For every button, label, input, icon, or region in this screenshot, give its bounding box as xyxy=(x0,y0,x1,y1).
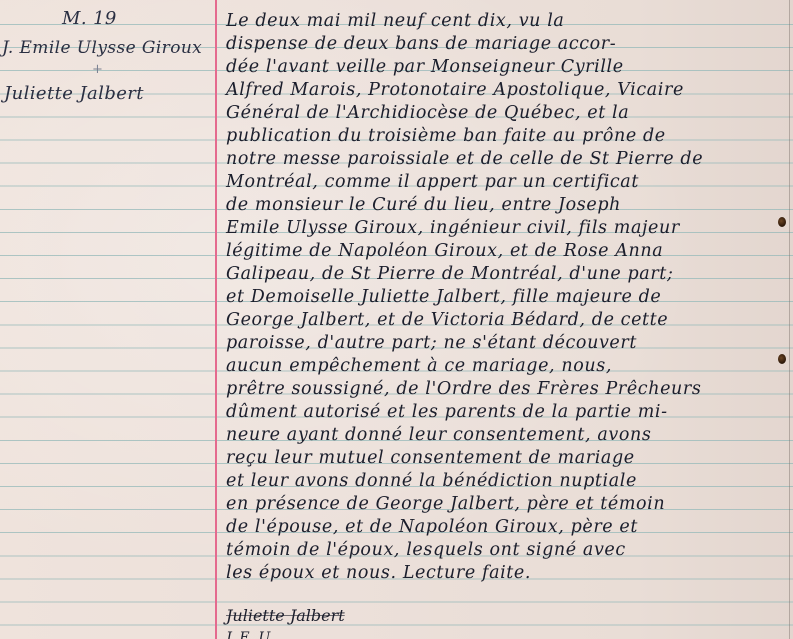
entry-line: notre messe paroissiale et de celle de S… xyxy=(226,148,703,171)
entry-line: reçu leur mutuel consentement de mariage xyxy=(226,447,635,470)
entry-line: neure ayant donné leur consentement, avo… xyxy=(226,424,651,447)
entry-line: Galipeau, de St Pierre de Montréal, d'un… xyxy=(226,263,673,286)
entry-line: Montréal, comme il appert par un certifi… xyxy=(226,171,639,194)
signature-partial: J. E. U. xyxy=(226,630,274,639)
entry-line: les époux et nous. Lecture faite. xyxy=(226,562,531,585)
entry-line: légitime de Napoléon Giroux, et de Rose … xyxy=(226,240,663,263)
signature-bride: Juliette Jalbert xyxy=(226,606,345,625)
register-page: M. 19 J. Emile Ulysse Giroux + Juliette … xyxy=(0,0,793,639)
page-edge-line xyxy=(789,0,790,639)
entry-line: aucun empêchement à ce mariage, nous, xyxy=(226,355,612,378)
binder-hole-icon xyxy=(778,217,786,227)
entry-line: et leur avons donné la bénédiction nupti… xyxy=(226,470,637,493)
entry-line: Emile Ulysse Giroux, ingénieur civil, fi… xyxy=(226,217,680,240)
margin-rule-line xyxy=(215,0,217,639)
entry-line: témoin de l'époux, lesquels ont signé av… xyxy=(226,539,626,562)
entry-line: et Demoiselle Juliette Jalbert, fille ma… xyxy=(226,286,661,309)
entry-line: Général de l'Archidiocèse de Québec, et … xyxy=(226,102,629,125)
conjunction-mark: + xyxy=(92,62,103,77)
entry-line: en présence de George Jalbert, père et t… xyxy=(226,493,665,516)
entry-number: M. 19 xyxy=(62,8,117,29)
entry-line: dûment autorisé et les parents de la par… xyxy=(226,401,668,424)
entry-line: de l'épouse, et de Napoléon Giroux, père… xyxy=(226,516,638,539)
entry-line: dispense de deux bans de mariage accor- xyxy=(226,33,616,56)
entry-line: prêtre soussigné, de l'Ordre des Frères … xyxy=(226,378,701,401)
entry-line: Le deux mai mil neuf cent dix, vu la xyxy=(226,10,564,33)
entry-line: Alfred Marois, Protonotaire Apostolique,… xyxy=(226,79,684,102)
entry-line: dée l'avant veille par Monseigneur Cyril… xyxy=(226,56,624,79)
bride-name: Juliette Jalbert xyxy=(4,83,144,104)
groom-name: J. Emile Ulysse Giroux xyxy=(2,38,202,58)
entry-line: publication du troisième ban faite au pr… xyxy=(226,125,666,148)
entry-line: paroisse, d'autre part; ne s'étant décou… xyxy=(226,332,637,355)
entry-line: George Jalbert, et de Victoria Bédard, d… xyxy=(226,309,668,332)
entry-line: de monsieur le Curé du lieu, entre Josep… xyxy=(226,194,621,217)
binder-hole-icon xyxy=(778,354,786,364)
